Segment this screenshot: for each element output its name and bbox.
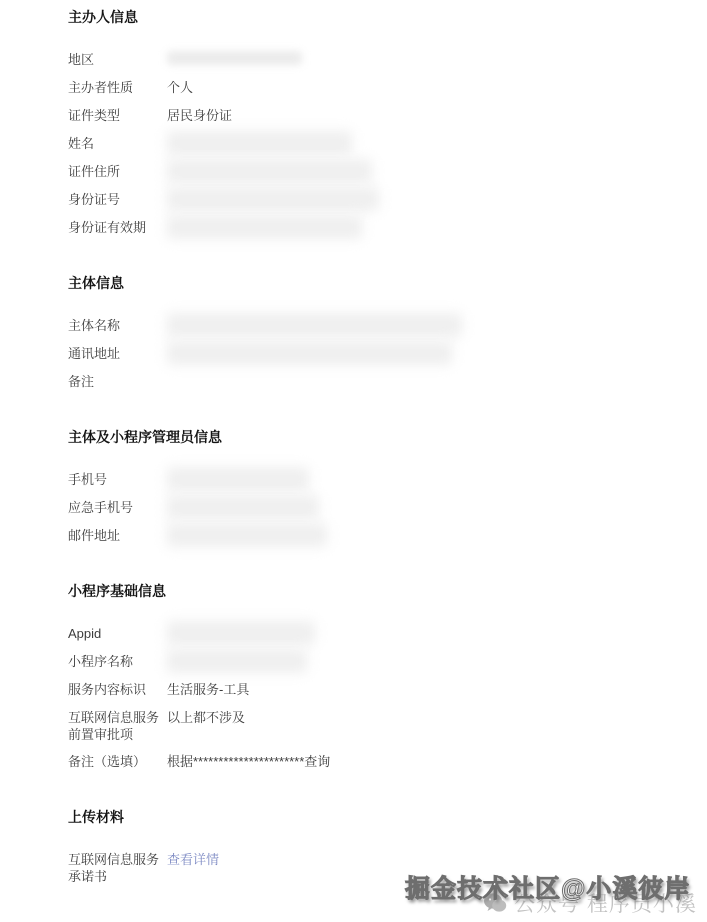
section-upload-materials: 上传材料 互联网信息服务承诺书 查看详情: [68, 808, 707, 885]
redacted-value: [167, 625, 315, 642]
row-value: 以上都不涉及: [167, 709, 245, 726]
row-label: Appid: [68, 625, 167, 642]
section-title: 上传材料: [68, 808, 707, 826]
row-value: 生活服务-工具: [167, 681, 249, 698]
form-row-remark-optional: 备注（选填） 根据**********************查询: [68, 753, 707, 771]
section-organizer-info: 主办人信息 地区 主办者性质 个人 证件类型 居民身份证 姓名 证件住所 身份证…: [68, 8, 707, 237]
form-row-organizer-nature: 主办者性质 个人: [68, 79, 707, 97]
redacted-value: [167, 471, 309, 488]
row-label: 姓名: [68, 135, 167, 152]
row-label: 互联网信息服务前置审批项: [68, 709, 167, 743]
blur-block: [167, 215, 362, 239]
blur-block: [167, 649, 307, 673]
row-value: 居民身份证: [167, 107, 232, 124]
section-title: 主体信息: [68, 274, 707, 292]
blur-block: [167, 467, 309, 491]
row-label: 手机号: [68, 471, 167, 488]
blur-block: [167, 495, 319, 519]
form-row-subject-name: 主体名称: [68, 317, 707, 335]
redacted-value: [167, 345, 452, 362]
form-row-commitment-letter: 互联网信息服务承诺书 查看详情: [68, 851, 707, 885]
row-label: 互联网信息服务承诺书: [68, 851, 167, 885]
form-row-name: 姓名: [68, 135, 707, 153]
form-row-service-content: 服务内容标识 生活服务-工具: [68, 681, 707, 699]
redacted-value: [167, 499, 319, 516]
row-label: 主办者性质: [68, 79, 167, 96]
redacted-value: [167, 527, 327, 544]
form-row-cert-type: 证件类型 居民身份证: [68, 107, 707, 125]
blur-block: [167, 621, 315, 645]
row-label: 小程序名称: [68, 653, 167, 670]
form-row-cert-address: 证件住所: [68, 163, 707, 181]
section-miniprogram-info: 小程序基础信息 Appid 小程序名称 服务内容标识 生活服务-工具 互联网信息…: [68, 582, 707, 771]
form-row-remark: 备注: [68, 373, 707, 391]
row-value: 个人: [167, 79, 193, 96]
row-label: 主体名称: [68, 317, 167, 334]
row-label: 邮件地址: [68, 527, 167, 544]
form-row-id-number: 身份证号: [68, 191, 707, 209]
section-title: 小程序基础信息: [68, 582, 707, 600]
blur-block: [167, 313, 462, 337]
row-label: 证件住所: [68, 163, 167, 180]
redacted-value: [167, 317, 462, 334]
form-row-miniprogram-name: 小程序名称: [68, 653, 707, 671]
row-label: 证件类型: [68, 107, 167, 124]
form-row-preapproval: 互联网信息服务前置审批项 以上都不涉及: [68, 709, 707, 743]
form-row-region: 地区: [68, 51, 707, 69]
blur-block: [167, 159, 372, 183]
row-value: 根据**********************查询: [167, 753, 330, 770]
section-admin-info: 主体及小程序管理员信息 手机号 应急手机号 邮件地址: [68, 428, 707, 545]
row-label: 身份证号: [68, 191, 167, 208]
form-row-phone: 手机号: [68, 471, 707, 489]
blur-block: [167, 51, 302, 65]
row-label: 服务内容标识: [68, 681, 167, 698]
blur-block: [167, 131, 352, 155]
blur-block: [167, 341, 452, 365]
row-label: 备注: [68, 373, 167, 390]
redacted-value: [167, 653, 307, 670]
watermark-background: 公众号 程序员小溪: [483, 888, 697, 918]
section-subject-info: 主体信息 主体名称 通讯地址 备注: [68, 274, 707, 391]
redacted-value: [167, 191, 379, 208]
view-details-link[interactable]: 查看详情: [167, 851, 219, 868]
redacted-value: [167, 51, 302, 65]
redacted-value: [167, 219, 362, 236]
form-row-id-validity: 身份证有效期: [68, 219, 707, 237]
form-row-email: 邮件地址: [68, 527, 707, 545]
watermark-background-text: 公众号 程序员小溪: [514, 888, 697, 918]
redacted-value: [167, 135, 352, 152]
row-label: 身份证有效期: [68, 219, 167, 236]
section-title: 主办人信息: [68, 8, 707, 26]
blur-block: [167, 187, 379, 211]
blur-block: [167, 523, 327, 547]
row-label: 通讯地址: [68, 345, 167, 362]
row-label: 地区: [68, 51, 167, 68]
row-label: 应急手机号: [68, 499, 167, 516]
wechat-icon: [483, 891, 507, 915]
form-row-emergency-phone: 应急手机号: [68, 499, 707, 517]
row-label: 备注（选填）: [68, 753, 167, 770]
section-title: 主体及小程序管理员信息: [68, 428, 707, 446]
form-row-appid: Appid: [68, 625, 707, 643]
form-row-mailing-address: 通讯地址: [68, 345, 707, 363]
review-form-page: 主办人信息 地区 主办者性质 个人 证件类型 居民身份证 姓名 证件住所 身份证…: [0, 0, 707, 922]
redacted-value: [167, 163, 372, 180]
